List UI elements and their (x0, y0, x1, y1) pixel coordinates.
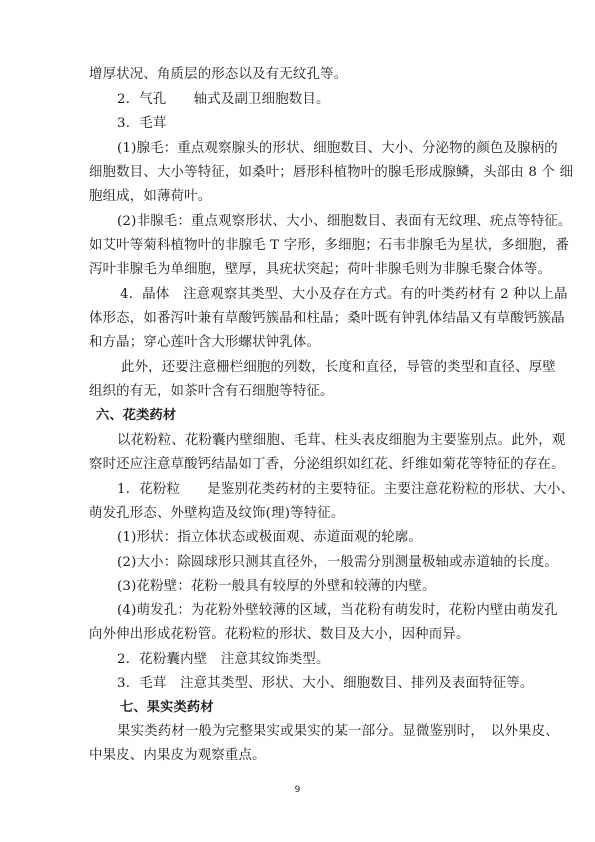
text-line: 2．气孔 轴式及副卫细胞数目。 (117, 92, 537, 108)
page-number: 9 (0, 785, 595, 795)
text-line: 体形态，如番泻叶兼有草酸钙簇晶和柱晶；桑叶既有钟乳体结晶又有草酸钙簇晶 (89, 311, 509, 327)
text-line: 增厚状况、角质层的形态以及有无纹孔等。 (89, 67, 509, 83)
document-page: 增厚状况、角质层的形态以及有无纹孔等。2．气孔 轴式及副卫细胞数目。3．毛茸(1… (0, 0, 595, 842)
text-line: 4．晶体 注意观察其类型、大小及存在方式。有的叶类药材有 2 种以上晶 (120, 287, 540, 303)
text-line: 细胞数目、大小等特征，如桑叶；唇形科植物叶的腺毛形成腺鳞，头部由 8 个 细 (89, 165, 509, 181)
text-line: 以花粉粒、花粉囊内壁细胞、毛茸、柱头表皮细胞为主要鉴别点。此外，观 (117, 433, 537, 449)
text-line: 3．毛茸 注意其类型、形状、大小、细胞数目、排列及表面特征等。 (117, 676, 537, 692)
text-line: 中果皮、内果皮为观察重点。 (89, 748, 509, 764)
text-line: (1)形状：指立体状态或极面观、赤道面观的轮廓。 (117, 530, 537, 546)
text-line: 此外，还要注意栅栏细胞的列数，长度和直径，导管的类型和直径、厚壁 (121, 360, 541, 376)
text-line: 胞组成，如薄荷叶。 (89, 189, 509, 205)
text-line: 萌发孔形态、外壁构造及纹饰(理)等特征。 (89, 506, 509, 522)
text-line: 1．花粉粒 是鉴别花类药材的主要特征。主要注意花粉粒的形状、大小、 (117, 482, 537, 498)
text-line: 察时还应注意草酸钙结晶如丁香，分泌组织如红花、纤维如菊花等特征的存在。 (89, 457, 509, 473)
text-line: 2．花粉囊内壁 注意其纹饰类型。 (117, 652, 537, 668)
text-line: 向外伸出形成花粉管。花粉粒的形状、数目及大小，因种而异。 (89, 627, 509, 643)
text-line: 3．毛茸 (117, 116, 537, 132)
section-heading: 七、果实类药材 (120, 700, 540, 716)
text-line: (1)腺毛：重点观察腺头的形状、细胞数目、大小、分泌物的颜色及腺柄的 (117, 141, 537, 157)
section-heading: 六、花类药材 (96, 408, 516, 424)
text-line: 和方晶；穿心莲叶含大形螺状钟乳体。 (89, 335, 509, 351)
text-line: 泻叶非腺毛为单细胞，壁厚，具疣状突起；荷叶非腺毛则为非腺毛聚合体等。 (89, 262, 509, 278)
text-line: (2)非腺毛：重点观察形状、大小、细胞数目、表面有无纹理、疣点等特征。 (117, 214, 537, 230)
text-line: 组织的有无，如茶叶含有石细胞等特征。 (89, 384, 509, 400)
text-line: (4)萌发孔：为花粉外壁较薄的区域，当花粉有萌发时，花粉内壁由萌发孔 (117, 603, 537, 619)
text-line: (3)花粉壁：花粉一般具有较厚的外壁和较薄的内壁。 (117, 579, 537, 595)
text-line: 果实类药材一般为完整果实或果实的某一部分。显微鉴别时， 以外果皮、 (117, 724, 537, 740)
text-line: 如艾叶等菊科植物叶的非腺毛 T 字形，多细胞；石韦非腺毛为星状，多细胞，番 (89, 238, 509, 254)
text-line: (2)大小：除圆球形只测其直径外，一般需分别测量极轴或赤道轴的长度。 (117, 555, 537, 571)
